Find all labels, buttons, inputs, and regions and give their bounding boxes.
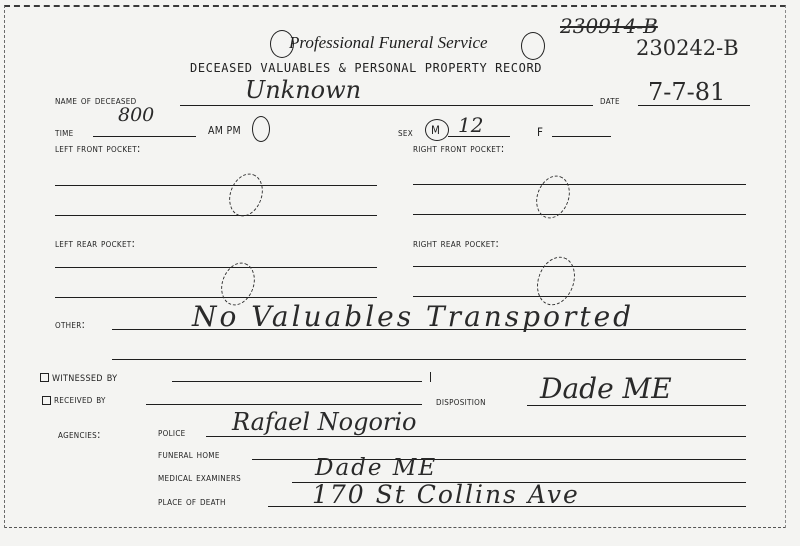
sex-m-value[interactable]: 12 xyxy=(458,113,483,137)
medical-examiners-value[interactable]: Dade ME xyxy=(315,455,437,481)
witnessed-tick xyxy=(430,372,431,382)
form-title: Professional Funeral Service xyxy=(289,33,488,53)
sex-m-label: M xyxy=(431,123,440,137)
time-label: Time xyxy=(55,125,73,139)
other-value[interactable]: No Valuables Transported xyxy=(192,300,634,333)
time-value[interactable]: 800 xyxy=(118,104,154,126)
right-front-line-2 xyxy=(413,214,746,215)
left-rear-line-1 xyxy=(55,267,377,268)
medical-examiners-label: Medical Examiners xyxy=(158,470,241,484)
agencies-label: Agencies: xyxy=(58,427,101,441)
disposition-value[interactable]: Dade ME xyxy=(540,372,672,405)
received-checkbox[interactable] xyxy=(42,396,51,405)
time-line xyxy=(93,136,196,137)
right-front-line-1 xyxy=(413,184,746,185)
case-number-struck: 230914-B xyxy=(560,14,658,38)
witnessed-line xyxy=(172,381,422,382)
received-line xyxy=(146,404,422,405)
right-rear-line-2 xyxy=(413,296,746,297)
left-front-line-2 xyxy=(55,215,377,216)
name-value[interactable]: Unknown xyxy=(245,76,361,104)
sex-f-label: F xyxy=(537,125,543,139)
left-front-pocket-label: Left Front Pocket: xyxy=(55,141,141,155)
right-rear-pocket-label: Right Rear Pocket: xyxy=(413,236,499,250)
disposition-line xyxy=(527,405,746,406)
place-of-death-value[interactable]: 170 St Collins Ave xyxy=(312,480,580,509)
sex-f-line xyxy=(552,136,611,137)
sex-label: Sex xyxy=(398,125,413,139)
funeral-home-label: Funeral Home xyxy=(158,447,220,461)
name-line xyxy=(180,105,593,106)
received-label: Received By xyxy=(54,392,106,406)
other-line-2 xyxy=(112,359,746,360)
police-label: Police xyxy=(158,425,186,439)
witnessed-label: Witnessed By xyxy=(52,369,117,384)
left-rear-line-2 xyxy=(55,297,377,298)
police-line xyxy=(206,436,746,437)
ampm-label: AM PM xyxy=(208,125,241,137)
police-value[interactable]: Rafael Nogorio xyxy=(232,408,417,436)
case-number: 230242-B xyxy=(636,36,739,60)
right-rear-line-1 xyxy=(413,266,746,267)
left-front-line-1 xyxy=(55,185,377,186)
ampm-circle xyxy=(252,116,270,142)
punch-hole-right xyxy=(521,32,545,60)
date-label: Date xyxy=(600,93,620,107)
disposition-label: Disposition xyxy=(436,394,486,408)
date-value[interactable]: 7-7-81 xyxy=(648,78,725,106)
place-of-death-label: Place of Death xyxy=(158,494,226,508)
witnessed-checkbox[interactable] xyxy=(40,373,49,382)
left-rear-pocket-label: Left Rear Pocket: xyxy=(55,236,135,250)
right-front-pocket-label: Right Front Pocket: xyxy=(413,141,505,155)
form-subtitle: DECEASED VALUABLES & PERSONAL PROPERTY R… xyxy=(190,61,542,75)
other-label: Other: xyxy=(55,317,85,331)
